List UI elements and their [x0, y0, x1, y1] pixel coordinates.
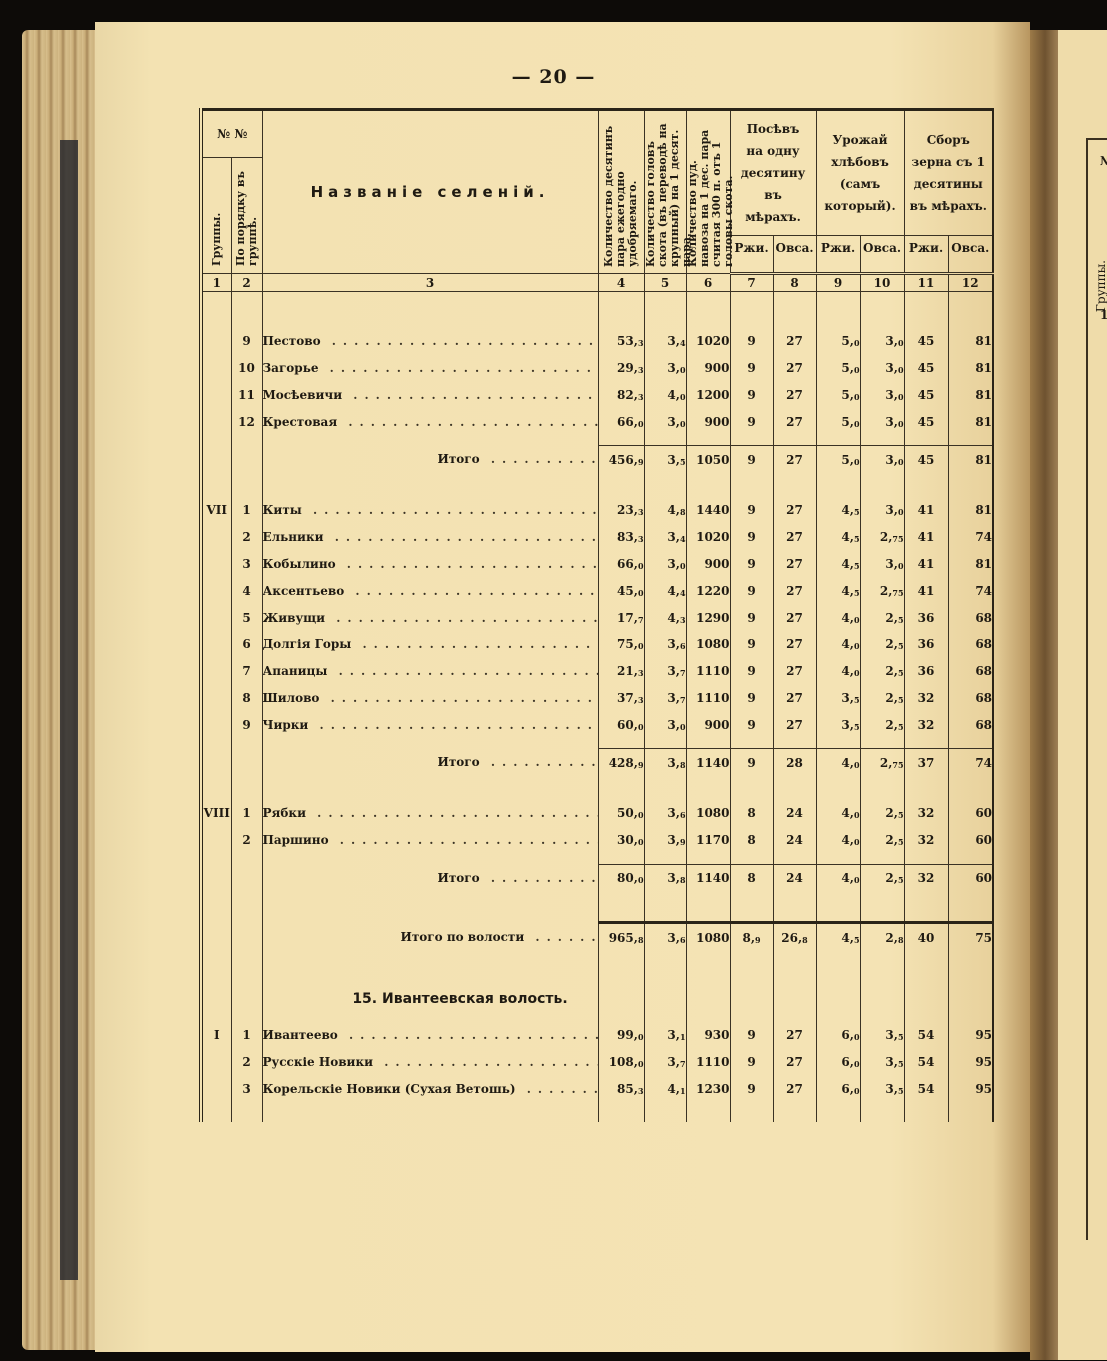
group-cell: [201, 749, 231, 776]
cell-c8: 28: [773, 749, 816, 776]
village-name: Кобылино ...............................…: [262, 551, 598, 578]
cell-c11: 32: [904, 800, 948, 827]
cell-c10: 3,5: [860, 1022, 904, 1049]
sowing-oats-header: Овса.: [773, 237, 816, 275]
cell-c5: 3,7: [644, 658, 686, 685]
cell-c5: 3,8: [644, 749, 686, 776]
order-cell: [231, 749, 262, 776]
section-row: 15. Ивантеевская волость.: [201, 985, 993, 1012]
cell-c4: 66,0: [598, 408, 644, 435]
cell-c7: 9: [730, 1022, 773, 1049]
cell-c10: 3,0: [860, 355, 904, 382]
cell-c5: 3,5: [644, 446, 686, 473]
spacer-row: [201, 292, 993, 329]
village-name: Итого по волости .......................…: [262, 923, 598, 951]
cell-c6: 900: [686, 408, 730, 435]
cell-c9: 5,0: [816, 382, 860, 409]
table-row: 7Апаницы ...............................…: [201, 658, 993, 685]
livestock-per-desyatina-header: Количество головъ скота (въ переводѣ на …: [644, 110, 686, 274]
leader-dots: ........................................: [321, 334, 598, 348]
harvest-header: Сборъ зерна съ 1 десятины въ мѣрахъ.: [904, 110, 993, 236]
leader-dots: ........................................: [318, 361, 598, 375]
cell-c4: 50,0: [598, 800, 644, 827]
cell-c8: 27: [773, 497, 816, 524]
cell-c6: 1200: [686, 382, 730, 409]
cell-c5: 3,4: [644, 328, 686, 355]
order-cell: 2: [231, 827, 262, 854]
cell-c6: 1140: [686, 749, 730, 776]
village-name: Мосѣевичи ..............................…: [262, 382, 598, 409]
village-name: Итого ..................................…: [262, 749, 598, 776]
cell-c6: 1170: [686, 827, 730, 854]
leader-dots: ........................................: [480, 755, 598, 769]
order-cell: 4: [231, 577, 262, 604]
cell-c11: 41: [904, 577, 948, 604]
cell-c12: 68: [948, 685, 993, 712]
village-name: Ивантеево ..............................…: [262, 1022, 598, 1049]
group-cell: [201, 685, 231, 712]
cell-c8: 27: [773, 631, 816, 658]
manure-per-desyatina-header: Количество пуд. навоза на 1 дес. пара сч…: [686, 110, 730, 274]
table-row: 8Шилово ................................…: [201, 685, 993, 712]
cell-c10: 2,8: [860, 923, 904, 951]
cell-c12: 81: [948, 408, 993, 435]
order-cell: 2: [231, 524, 262, 551]
leader-dots: ........................................: [327, 664, 598, 678]
column-number: 12: [948, 274, 993, 292]
cell-c4: 85,3: [598, 1076, 644, 1103]
cell-c10: 2,5: [860, 711, 904, 738]
cell-c11: 45: [904, 446, 948, 473]
cell-c10: 2,5: [860, 658, 904, 685]
cell-c4: 17,7: [598, 604, 644, 631]
spacer-row: [201, 915, 993, 923]
group-cell: [201, 631, 231, 658]
group-cell: [201, 328, 231, 355]
column-number: 11: [904, 274, 948, 292]
table-row: 10Загорье ..............................…: [201, 355, 993, 382]
leader-dots: ........................................: [336, 557, 598, 571]
order-cell: 1: [231, 1022, 262, 1049]
table-row: 4Аксентьево ............................…: [201, 577, 993, 604]
cell-c12: 81: [948, 382, 993, 409]
column-number: 5: [644, 274, 686, 292]
order-cell: [231, 446, 262, 473]
column-number: 6: [686, 274, 730, 292]
cell-c9: 4,5: [816, 551, 860, 578]
cell-c5: 3,0: [644, 711, 686, 738]
cell-c10: 2,5: [860, 631, 904, 658]
cell-c12: 74: [948, 577, 993, 604]
cell-c6: 900: [686, 551, 730, 578]
cell-c8: 27: [773, 1022, 816, 1049]
table-row: VIII1Рябки .............................…: [201, 800, 993, 827]
cell-c8: 27: [773, 577, 816, 604]
cell-c10: 3,0: [860, 382, 904, 409]
cell-c6: 1110: [686, 685, 730, 712]
cell-c12: 68: [948, 604, 993, 631]
cell-c12: 81: [948, 497, 993, 524]
cell-c8: 27: [773, 408, 816, 435]
cell-c4: 66,0: [598, 551, 644, 578]
cell-c4: 108,0: [598, 1049, 644, 1076]
leader-dots: ........................................: [344, 584, 598, 598]
order-cell: 11: [231, 382, 262, 409]
cell-c9: 5,0: [816, 355, 860, 382]
cell-c10: 2,75: [860, 749, 904, 776]
village-name: Корельскіе Новики (Сухая Ветошь) .......…: [262, 1076, 598, 1103]
order-cell: 2: [231, 1049, 262, 1076]
cell-c9: 4,5: [816, 497, 860, 524]
group-cell: [201, 524, 231, 551]
cell-c4: 80,0: [598, 864, 644, 891]
group-cell: I: [201, 1022, 231, 1049]
cell-c5: 3,4: [644, 524, 686, 551]
cell-c7: 8,9: [730, 923, 773, 951]
order-cell: 9: [231, 711, 262, 738]
leader-dots: ........................................: [337, 415, 598, 429]
cell-c10: 2,75: [860, 524, 904, 551]
cell-c11: 41: [904, 524, 948, 551]
cell-c8: 27: [773, 524, 816, 551]
table-row: 6Долгія Горы ...........................…: [201, 631, 993, 658]
cell-c4: 23,3: [598, 497, 644, 524]
cell-c4: 428,9: [598, 749, 644, 776]
column-number: 7: [730, 274, 773, 292]
cell-c9: 4,5: [816, 524, 860, 551]
cell-c8: 24: [773, 800, 816, 827]
cell-c11: 32: [904, 685, 948, 712]
cell-c4: 29,3: [598, 355, 644, 382]
village-name: Русскіе Новики .........................…: [262, 1049, 598, 1076]
cell-c11: 37: [904, 749, 948, 776]
order-cell: 3: [231, 551, 262, 578]
total-row: Итого ..................................…: [201, 864, 993, 891]
cell-c6: 1220: [686, 577, 730, 604]
next-page-groups-label: Группы.: [1094, 260, 1107, 312]
group-cell: [201, 577, 231, 604]
cell-c5: 3,1: [644, 1022, 686, 1049]
cell-c10: 3,0: [860, 328, 904, 355]
cell-c10: 2,5: [860, 800, 904, 827]
fertilized-fallow-header: Количество десятинъ пара ежегодно удобря…: [598, 110, 644, 274]
village-name: Аксентьево .............................…: [262, 577, 598, 604]
order-cell: 12: [231, 408, 262, 435]
cell-c11: 32: [904, 827, 948, 854]
cell-c7: 9: [730, 446, 773, 473]
cell-c12: 81: [948, 328, 993, 355]
cell-c12: 95: [948, 1076, 993, 1103]
spacer-row: [201, 776, 993, 800]
yield-rye-header: Ржи.: [816, 237, 860, 275]
cell-c12: 81: [948, 551, 993, 578]
cell-c9: 4,0: [816, 749, 860, 776]
cell-c7: 9: [730, 408, 773, 435]
village-name: Пестово ................................…: [262, 328, 598, 355]
cell-c10: 2,5: [860, 827, 904, 854]
spacer-row: [201, 891, 993, 915]
cell-c8: 27: [773, 1076, 816, 1103]
cell-c11: 54: [904, 1049, 948, 1076]
cell-c8: 24: [773, 827, 816, 854]
table-row: 11Мосѣевичи ............................…: [201, 382, 993, 409]
nn-header: № №: [201, 110, 262, 158]
cell-c7: 9: [730, 524, 773, 551]
group-cell: [201, 355, 231, 382]
order-cell: [231, 923, 262, 951]
cell-c7: 9: [730, 658, 773, 685]
cell-c11: 41: [904, 497, 948, 524]
section-title: 15. Ивантеевская волость.: [262, 985, 598, 1012]
cell-c8: 27: [773, 551, 816, 578]
cell-c5: 3,6: [644, 923, 686, 951]
leader-dots: ........................................: [306, 806, 598, 820]
cell-c9: 6,0: [816, 1049, 860, 1076]
order-cell: 5: [231, 604, 262, 631]
leader-dots: ........................................: [329, 833, 598, 847]
order-cell: 6: [231, 631, 262, 658]
cell-c4: 456,9: [598, 446, 644, 473]
cell-c11: 54: [904, 1022, 948, 1049]
group-cell: [201, 864, 231, 891]
cell-c9: 4,0: [816, 658, 860, 685]
cell-c10: 3,5: [860, 1049, 904, 1076]
column-number: 10: [860, 274, 904, 292]
cell-c8: 27: [773, 604, 816, 631]
spacer-row: [201, 951, 993, 985]
cell-c9: 4,0: [816, 800, 860, 827]
cell-c6: 1290: [686, 604, 730, 631]
table-row: 12Крестовая ............................…: [201, 408, 993, 435]
cell-c6: 1140: [686, 864, 730, 891]
cell-c11: 36: [904, 604, 948, 631]
table-row: I1Ивантеево ............................…: [201, 1022, 993, 1049]
cell-c5: 4,3: [644, 604, 686, 631]
cell-c6: 1080: [686, 800, 730, 827]
cell-c5: 4,0: [644, 382, 686, 409]
spacer-row: [201, 473, 993, 497]
yield-oats-header: Овса.: [860, 237, 904, 275]
cell-c5: 3,6: [644, 631, 686, 658]
leader-dots: ........................................: [342, 388, 598, 402]
leader-dots: ........................................: [324, 530, 598, 544]
cell-c12: 81: [948, 446, 993, 473]
cell-c4: 82,3: [598, 382, 644, 409]
cell-c11: 32: [904, 864, 948, 891]
group-cell: [201, 551, 231, 578]
village-name: Рябки ..................................…: [262, 800, 598, 827]
total-row: Итого ..................................…: [201, 446, 993, 473]
group-cell: [201, 1076, 231, 1103]
cell-c7: 9: [730, 577, 773, 604]
cell-c11: 45: [904, 355, 948, 382]
order-cell: [231, 864, 262, 891]
village-name: Киты ...................................…: [262, 497, 598, 524]
cell-c10: 3,0: [860, 446, 904, 473]
leader-dots: ........................................: [373, 1055, 598, 1069]
cell-c4: 75,0: [598, 631, 644, 658]
next-page-col-number: 1: [1100, 308, 1107, 322]
village-name: Итого ..................................…: [262, 446, 598, 473]
cell-c10: 3,5: [860, 1076, 904, 1103]
column-number: 2: [231, 274, 262, 292]
cell-c7: 9: [730, 711, 773, 738]
cell-c4: 83,3: [598, 524, 644, 551]
cell-c12: 95: [948, 1049, 993, 1076]
cell-c10: 3,0: [860, 497, 904, 524]
cell-c11: 40: [904, 923, 948, 951]
cell-c6: 900: [686, 355, 730, 382]
cell-c12: 81: [948, 355, 993, 382]
column-number: 1: [201, 274, 231, 292]
table-row: 3Кобылино ..............................…: [201, 551, 993, 578]
cell-c8: 27: [773, 446, 816, 473]
village-name: Шилово .................................…: [262, 685, 598, 712]
cell-c9: 4,0: [816, 604, 860, 631]
cell-c8: 27: [773, 711, 816, 738]
cell-c9: 4,0: [816, 631, 860, 658]
cell-c4: 53,3: [598, 328, 644, 355]
cell-c11: 32: [904, 711, 948, 738]
table-row: VII1Киты ...............................…: [201, 497, 993, 524]
cell-c12: 74: [948, 749, 993, 776]
cell-c12: 68: [948, 631, 993, 658]
groups-header: Группы.: [201, 158, 231, 274]
cell-c12: 74: [948, 524, 993, 551]
cell-c12: 60: [948, 800, 993, 827]
cell-c4: 965,8: [598, 923, 644, 951]
cell-c5: 3,0: [644, 355, 686, 382]
cell-c10: 2,75: [860, 577, 904, 604]
group-cell: [201, 711, 231, 738]
cell-c9: 5,0: [816, 408, 860, 435]
cell-c8: 27: [773, 355, 816, 382]
cell-c5: 3,7: [644, 685, 686, 712]
next-page-nn-label: №: [1100, 154, 1107, 168]
village-name: Долгія Горы ............................…: [262, 631, 598, 658]
grand-row: Итого по волости .......................…: [201, 923, 993, 951]
cell-c7: 9: [730, 355, 773, 382]
cell-c12: 68: [948, 658, 993, 685]
table-row: 3Корельскіе Новики (Сухая Ветошь) ......…: [201, 1076, 993, 1103]
order-cell: 1: [231, 497, 262, 524]
harvest-oats-header: Овса.: [948, 237, 993, 275]
cell-c9: 4,5: [816, 923, 860, 951]
order-cell: 8: [231, 685, 262, 712]
yield-header: Урожай хлѣбовъ (самъ который).: [816, 110, 904, 236]
spacer-row: [201, 854, 993, 865]
cell-c11: 45: [904, 382, 948, 409]
cell-c7: 8: [730, 864, 773, 891]
cell-c8: 27: [773, 658, 816, 685]
cell-c8: 26,8: [773, 923, 816, 951]
cell-c8: 27: [773, 685, 816, 712]
order-cell: 1: [231, 800, 262, 827]
group-cell: [201, 604, 231, 631]
cell-c6: 1110: [686, 1049, 730, 1076]
cell-c10: 3,0: [860, 408, 904, 435]
cell-c7: 9: [730, 497, 773, 524]
cell-c8: 24: [773, 864, 816, 891]
leader-dots: ........................................: [480, 871, 598, 885]
cell-c4: 30,0: [598, 827, 644, 854]
cell-c10: 2,5: [860, 685, 904, 712]
table-row: 9Пестово ...............................…: [201, 328, 993, 355]
leader-dots: ........................................: [351, 637, 598, 651]
cell-c12: 68: [948, 711, 993, 738]
village-name: Загорье ................................…: [262, 355, 598, 382]
cell-c9: 6,0: [816, 1022, 860, 1049]
cell-c12: 75: [948, 923, 993, 951]
village-name: Паршино ................................…: [262, 827, 598, 854]
cell-c4: 21,3: [598, 658, 644, 685]
leader-dots: ........................................: [325, 611, 598, 625]
cell-c5: 3,9: [644, 827, 686, 854]
order-cell: 7: [231, 658, 262, 685]
cell-c11: 45: [904, 408, 948, 435]
book-cover-strip: [60, 140, 78, 1280]
total-row: Итого ..................................…: [201, 749, 993, 776]
leader-dots: ........................................: [319, 691, 598, 705]
column-number-row: 123456789101112: [201, 274, 993, 292]
cell-c5: 3,0: [644, 408, 686, 435]
leader-dots: ........................................: [302, 503, 598, 517]
spacer-row: [201, 738, 993, 749]
cell-c6: 930: [686, 1022, 730, 1049]
cell-c6: 1110: [686, 658, 730, 685]
cell-c12: 60: [948, 827, 993, 854]
cell-c6: 1020: [686, 328, 730, 355]
group-cell: [201, 382, 231, 409]
table-row: 5Живущи ................................…: [201, 604, 993, 631]
village-name: Чирки ..................................…: [262, 711, 598, 738]
leader-dots: ........................................: [516, 1082, 598, 1096]
village-name: Крестовая ..............................…: [262, 408, 598, 435]
cell-c4: 37,3: [598, 685, 644, 712]
cell-c11: 36: [904, 658, 948, 685]
cell-c6: 1050: [686, 446, 730, 473]
harvest-rye-header: Ржи.: [904, 237, 948, 275]
cell-c9: 6,0: [816, 1076, 860, 1103]
order-cell: 9: [231, 328, 262, 355]
cell-c7: 9: [730, 1049, 773, 1076]
order-cell: [231, 985, 262, 1012]
cell-c5: 4,4: [644, 577, 686, 604]
column-number: 4: [598, 274, 644, 292]
table-row: 9Чирки .................................…: [201, 711, 993, 738]
spacer-row: [201, 1102, 993, 1122]
cell-c5: 3,8: [644, 864, 686, 891]
cell-c10: 3,0: [860, 551, 904, 578]
cell-c11: 45: [904, 328, 948, 355]
village-name: Живущи .................................…: [262, 604, 598, 631]
cell-c9: 5,0: [816, 328, 860, 355]
cell-c5: 4,8: [644, 497, 686, 524]
cell-c7: 9: [730, 749, 773, 776]
statistics-table: № № Названіе селеній. Количество десятин…: [199, 108, 994, 1122]
leader-dots: ........................................: [524, 930, 598, 944]
table-row: 2Ельники ...............................…: [201, 524, 993, 551]
cell-c7: 9: [730, 382, 773, 409]
cell-c4: 45,0: [598, 577, 644, 604]
group-cell: [201, 1049, 231, 1076]
cell-c8: 27: [773, 382, 816, 409]
group-cell: [201, 408, 231, 435]
group-cell: [201, 985, 231, 1012]
cell-c6: 1080: [686, 631, 730, 658]
cell-c9: 3,5: [816, 711, 860, 738]
cell-c6: 1020: [686, 524, 730, 551]
